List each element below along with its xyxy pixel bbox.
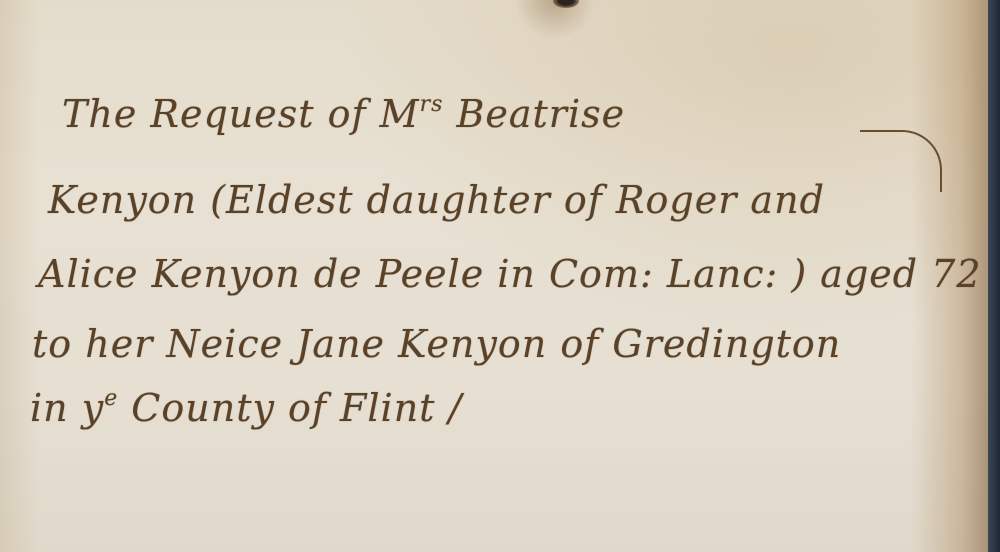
line-1-tail: Beatrise <box>443 92 625 136</box>
manuscript-line-4: to her Neice Jane Kenyon of Gredington <box>32 322 841 366</box>
line-2-text: Kenyon (Eldest daughter of Roger and <box>48 178 825 222</box>
line-4-text: to her Neice Jane Kenyon of Gredington <box>32 322 841 366</box>
manuscript-page: The Request of Mrs Beatrise Kenyon (Elde… <box>0 0 990 552</box>
line-1-superscript: rs <box>420 92 444 117</box>
line-5-superscript: e <box>104 386 118 411</box>
line-3-text: Alice Kenyon de Peele in Com: Lanc: ) ag… <box>38 252 982 296</box>
line-5-text: in y <box>30 386 104 430</box>
manuscript-line-5: in ye County of Flint / <box>30 386 462 430</box>
manuscript-line-1: The Request of Mrs Beatrise <box>62 92 625 136</box>
background-edge <box>988 0 1000 552</box>
line-1-text: The Request of M <box>62 92 420 136</box>
manuscript-line-3: Alice Kenyon de Peele in Com: Lanc: ) ag… <box>38 252 982 296</box>
ink-stain-mark <box>553 0 579 8</box>
line-5-tail: County of Flint / <box>118 386 462 430</box>
line-end-flourish <box>860 130 942 192</box>
manuscript-line-2: Kenyon (Eldest daughter of Roger and <box>48 178 825 222</box>
